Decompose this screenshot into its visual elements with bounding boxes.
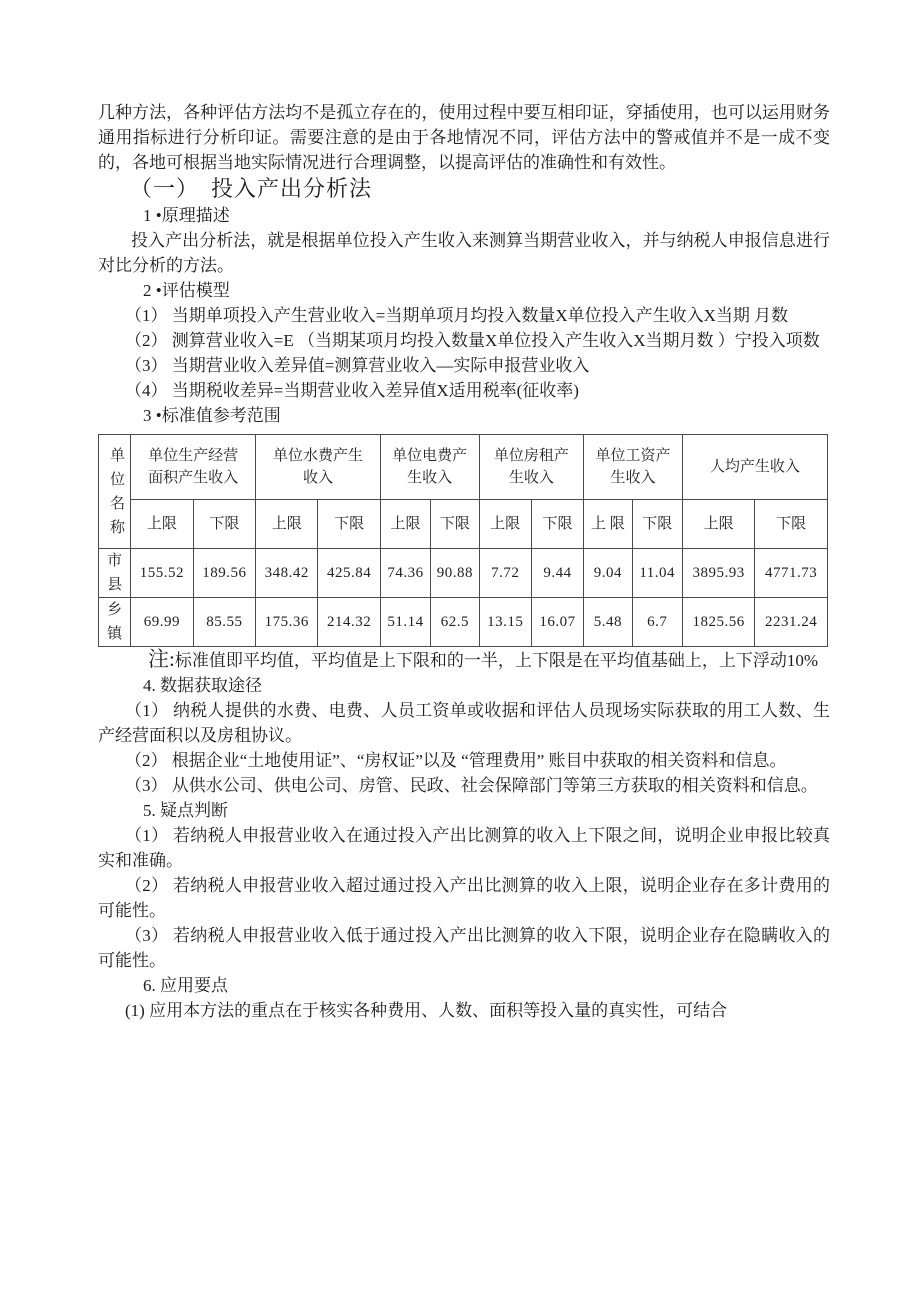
table-value-cell: 13.15: [479, 598, 531, 647]
table-value-cell: 9.44: [531, 549, 583, 598]
table-value-cell: 69.99: [131, 598, 193, 647]
table-value-cell: 51.14: [380, 598, 430, 647]
table-value-cell: 7.72: [479, 549, 531, 598]
table-value-cell: 5.48: [584, 598, 632, 647]
table-value-cell: 6.7: [632, 598, 682, 647]
table-subheader: 上限: [479, 500, 531, 549]
subsection-standard-values: 3 •标准值参考范围: [98, 403, 830, 428]
table-value-cell: 62.5: [431, 598, 479, 647]
subsection-doubt-judgement: 5. 疑点判断: [98, 798, 830, 823]
subsection-application-points: 6. 应用要点: [98, 973, 830, 998]
table-subheader: 下限: [431, 500, 479, 549]
table-value-cell: 425.84: [318, 549, 380, 598]
section-heading: （一） 投入产出分析法: [98, 175, 830, 203]
subsection-principle: 1 •原理描述: [98, 203, 830, 228]
table-subheader: 下限: [755, 500, 828, 549]
table-group-header-rent: 单位房租产生收入: [479, 435, 584, 500]
table-subheader: 上限: [256, 500, 318, 549]
application-item-1: (1) 应用本方法的重点在于核实各种费用、人数、面积等投入量的真实性，可结合: [98, 998, 830, 1023]
data-source-item-2: （2） 根据企业“土地使用证”、“房权证”以及 “管理费用” 账目中获取的相关资…: [98, 748, 830, 773]
table-value-cell: 2231.24: [755, 598, 828, 647]
table-value-cell: 9.04: [584, 549, 632, 598]
note-text: 标准值即平均值，平均值是上下限和的一半，上下限是在平均值基础上，上下浮动10%: [175, 651, 818, 670]
table-group-header-wage: 单位工资产生收入: [584, 435, 683, 500]
table-value-cell: 4771.73: [755, 549, 828, 598]
judgement-item-1: （1） 若纳税人申报营业收入在通过投入产出比测算的收入上下限之间，说明企业申报比…: [98, 823, 830, 873]
table-subheader: 下限: [632, 500, 682, 549]
table-value-cell: 175.36: [256, 598, 318, 647]
table-unit-header: 单位名称: [99, 435, 131, 549]
table-note: 注:标准值即平均值，平均值是上下限和的一半，上下限是在平均值基础上，上下浮动10…: [98, 647, 830, 673]
table-subheader: 下限: [193, 500, 255, 549]
table-row-name: 市县: [99, 549, 131, 598]
table-group-header-water: 单位水费产生收入: [256, 435, 381, 500]
table-subheader: 上限: [682, 500, 754, 549]
standards-table: 单位名称 单位生产经营面积产生收入 单位水费产生收入 单位电费产生收入 单位房租…: [98, 434, 828, 647]
table-value-cell: 16.07: [531, 598, 583, 647]
table-value-cell: 74.36: [380, 549, 430, 598]
table-value-cell: 155.52: [131, 549, 193, 598]
data-source-item-1: （1） 纳税人提供的水费、电费、人员工资单或收据和评估人员现场实际获取的用工人数…: [98, 698, 830, 748]
table-group-header-area: 单位生产经营面积产生收入: [131, 435, 256, 500]
subsection-model: 2 •评估模型: [98, 278, 830, 303]
table-value-cell: 214.32: [318, 598, 380, 647]
table-row-name: 乡镇: [99, 598, 131, 647]
table-value-cell: 90.88: [431, 549, 479, 598]
table-value-cell: 11.04: [632, 549, 682, 598]
subsection-data-sources: 4. 数据获取途径: [98, 673, 830, 698]
table-group-header-percapita: 人均产生收入: [682, 435, 827, 500]
data-source-item-3: （3） 从供水公司、供电公司、房管、民政、社会保障部门等第三方获取的相关资料和信…: [98, 773, 830, 798]
judgement-item-3: （3） 若纳税人申报营业收入低于通过投入产出比测算的收入下限，说明企业存在隐瞒收…: [98, 923, 830, 973]
formula-item-1: （1） 当期单项投入产生营业收入=当期单项月均投入数量X单位投入产生收入X当期 …: [98, 303, 830, 328]
principle-paragraph: 投入产出分析法，就是根据单位投入产生收入来测算当期营业收入，并与纳税人申报信息进…: [98, 228, 830, 278]
document-page: 几种方法，各种评估方法均不是孤立存在的，使用过程中要互相印证，穿插使用，也可以运…: [0, 0, 920, 1303]
table-subheader: 上限: [131, 500, 193, 549]
table-value-cell: 1825.56: [682, 598, 754, 647]
table-value-cell: 3895.93: [682, 549, 754, 598]
formula-item-2: （2） 测算营业收入=E （当期某项月均投入数量X单位投入产生收入X当期月数 ）…: [98, 328, 830, 353]
table-value-cell: 189.56: [193, 549, 255, 598]
table-subheader: 下限: [318, 500, 380, 549]
table-value-cell: 85.55: [193, 598, 255, 647]
formula-item-3: （3） 当期营业收入差异值=测算营业收入—实际申报营业收入: [98, 353, 830, 378]
table-subheader: 下限: [531, 500, 583, 549]
judgement-item-2: （2） 若纳税人申报营业收入超过通过投入产出比测算的收入上限，说明企业存在多计费…: [98, 873, 830, 923]
formula-item-4: （4） 当期税收差异=当期营业收入差异值X适用税率(征收率): [98, 378, 830, 403]
table-value-cell: 348.42: [256, 549, 318, 598]
table-subheader: 上 限: [584, 500, 632, 549]
document-body: 几种方法，各种评估方法均不是孤立存在的，使用过程中要互相印证，穿插使用，也可以运…: [98, 100, 830, 1023]
note-label: 注:: [148, 647, 175, 671]
table-group-header-electricity: 单位电费产生收入: [380, 435, 479, 500]
paragraph-continuation: 几种方法，各种评估方法均不是孤立存在的，使用过程中要互相印证，穿插使用，也可以运…: [98, 100, 830, 175]
table-subheader: 上限: [380, 500, 430, 549]
